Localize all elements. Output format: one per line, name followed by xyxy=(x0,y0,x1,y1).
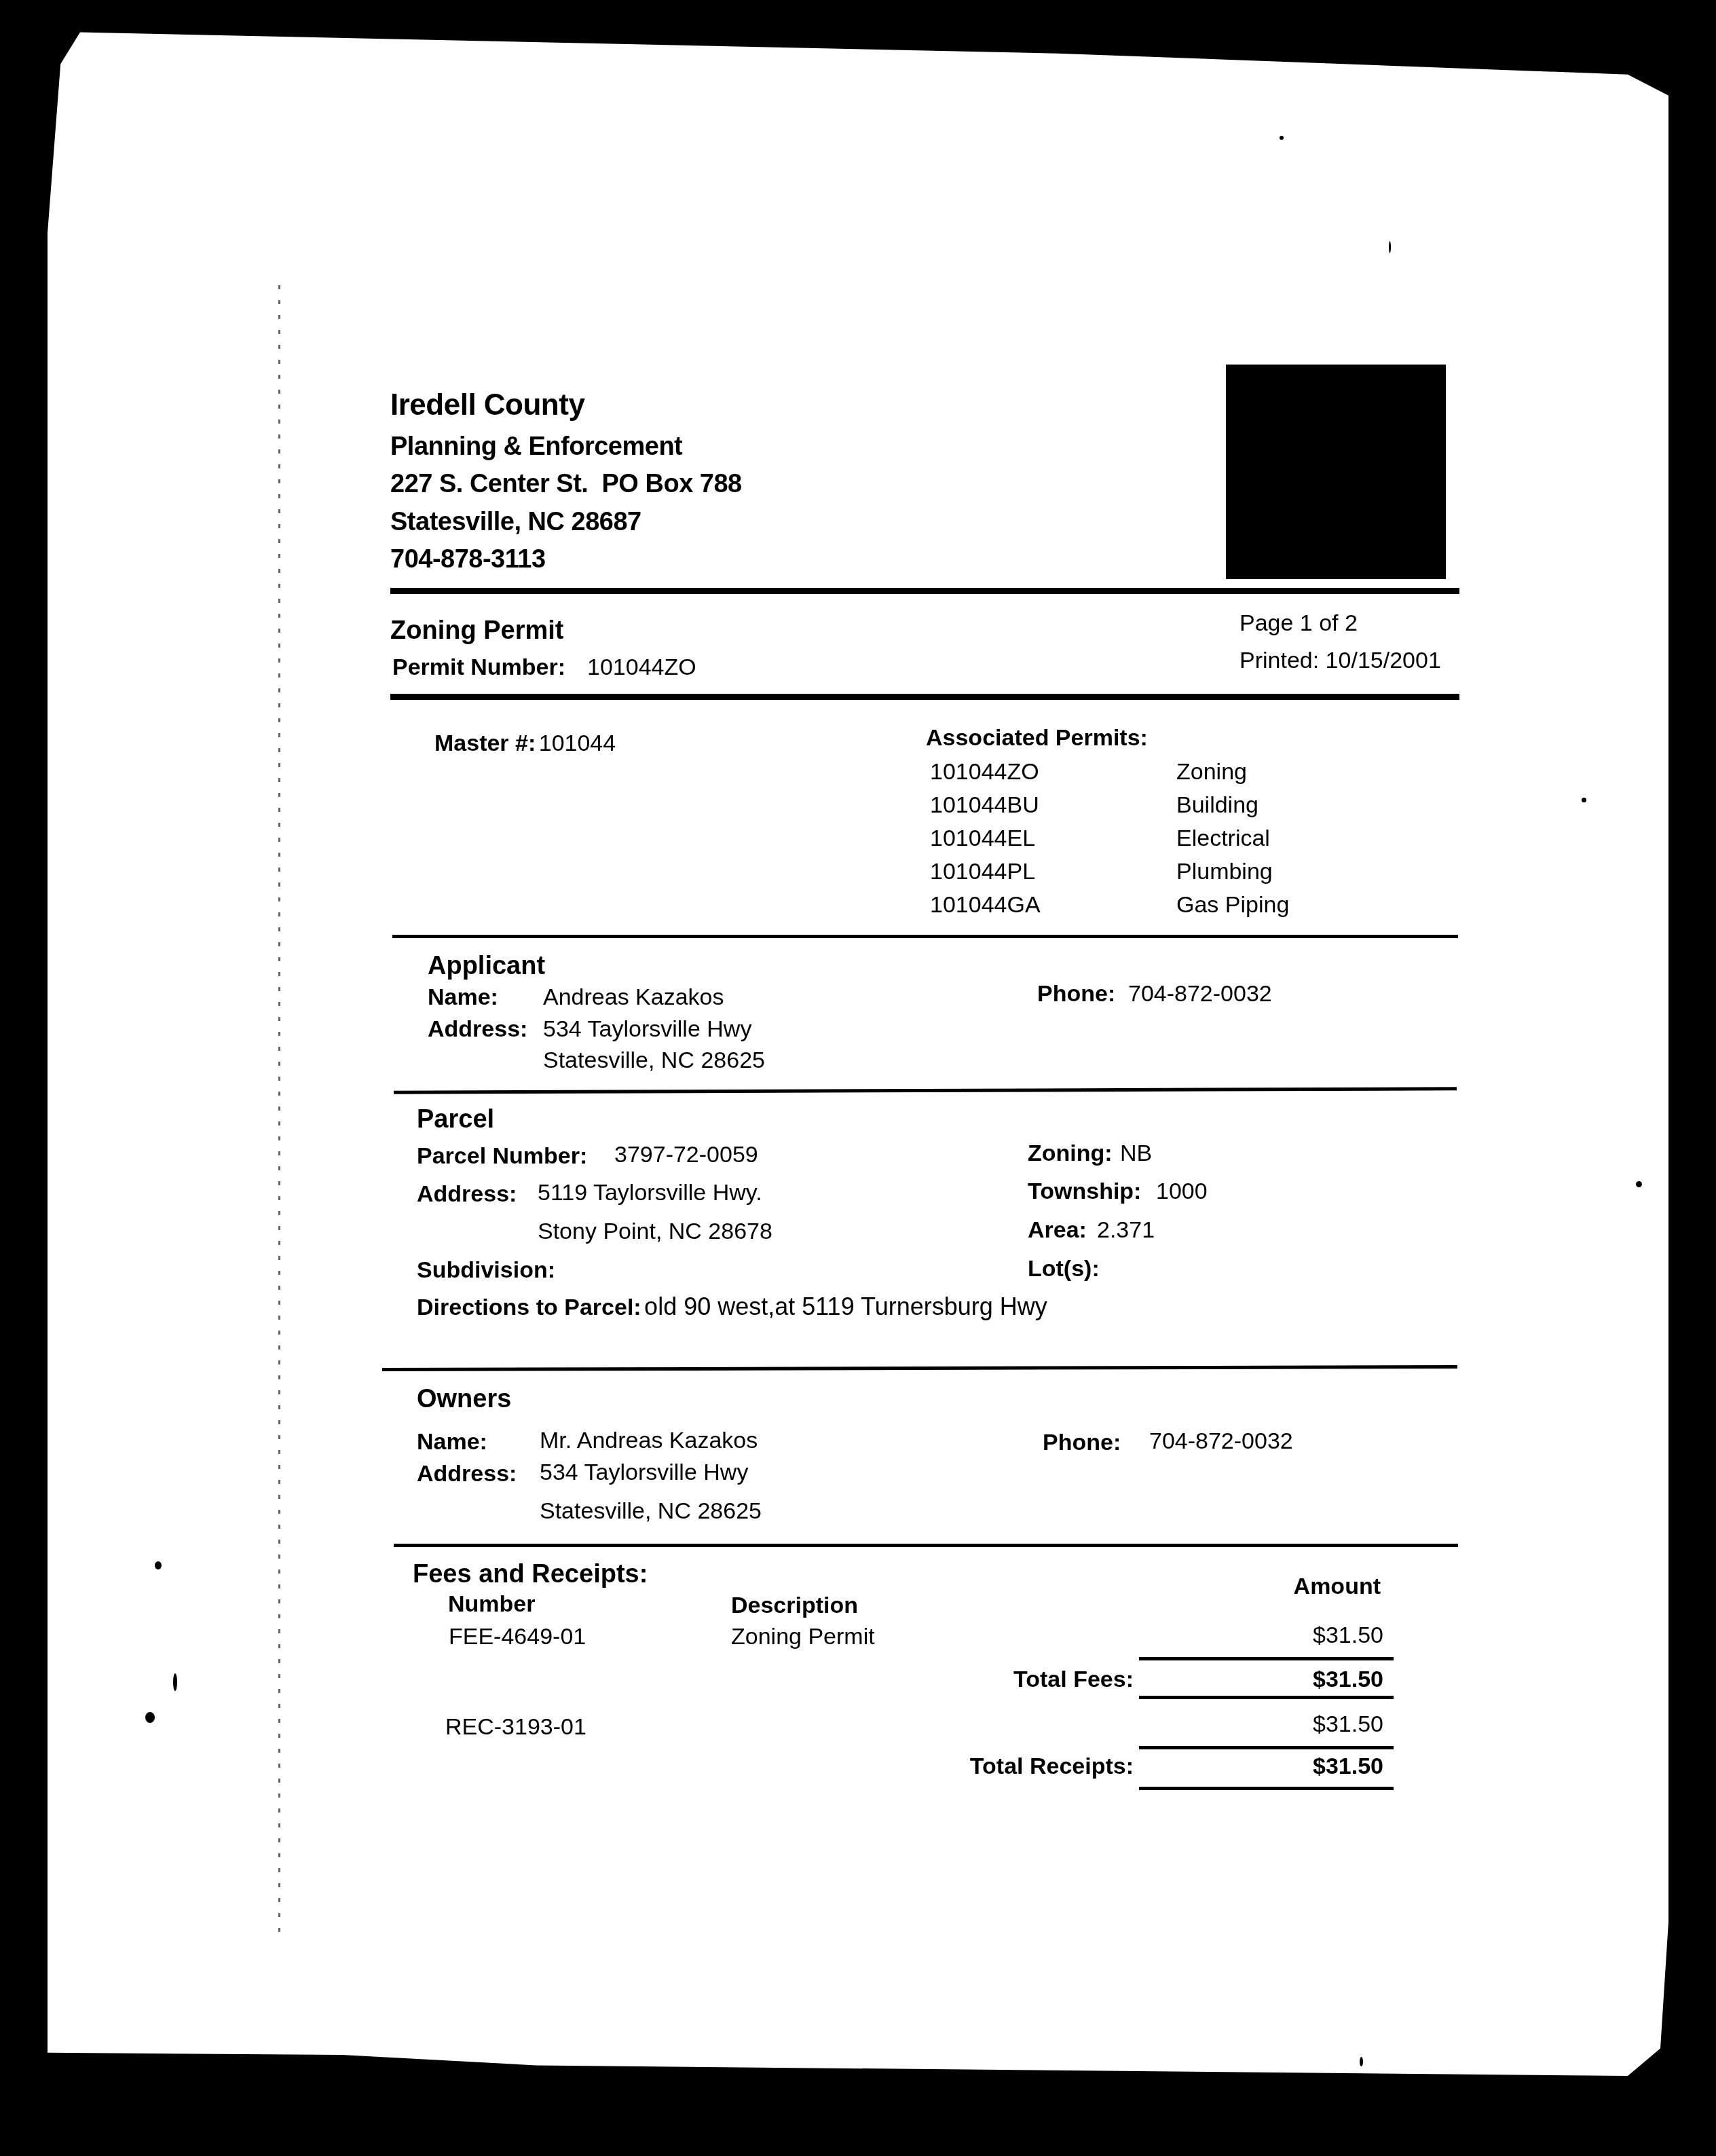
applicant-name-label: Name: xyxy=(428,984,498,1011)
scan-speck xyxy=(1360,2057,1363,2066)
owner-address-label: Address: xyxy=(417,1461,517,1487)
permit-divider xyxy=(390,694,1459,700)
owner-name-label: Name: xyxy=(417,1429,487,1455)
redacted-logo xyxy=(1226,365,1446,579)
parcel-address-line1: 5119 Taylorsville Hwy. xyxy=(538,1180,762,1206)
total-fees-label: Total Fees: xyxy=(937,1667,1134,1693)
lots-label: Lot(s): xyxy=(1028,1256,1100,1282)
associated-permit-type: Zoning xyxy=(1176,759,1247,785)
zoning-value: NB xyxy=(1120,1140,1152,1167)
applicant-phone: 704-872-0032 xyxy=(1128,981,1272,1007)
applicant-address-line1: 534 Taylorsville Hwy xyxy=(543,1016,751,1043)
org-name: Iredell County xyxy=(390,388,584,422)
total-fees-value: $31.50 xyxy=(1222,1667,1383,1693)
total-receipts-label: Total Receipts: xyxy=(882,1753,1134,1780)
associated-permit-number: 101044ZO xyxy=(930,759,1039,785)
master-value: 101044 xyxy=(539,730,616,756)
associated-permit-type: Plumbing xyxy=(1176,859,1273,885)
fees-col-amount: Amount xyxy=(1222,1574,1381,1600)
owner-name: Mr. Andreas Kazakos xyxy=(540,1428,758,1454)
receipt-amount: $31.50 xyxy=(1222,1711,1383,1738)
owners-divider xyxy=(394,1544,1458,1547)
associated-permit-number: 101044GA xyxy=(930,892,1041,918)
permit-title: Zoning Permit xyxy=(390,616,563,646)
total-receipts-rule xyxy=(1139,1787,1394,1790)
org-phone: 704-878-3113 xyxy=(390,545,546,574)
scan-speck xyxy=(173,1673,177,1691)
associated-divider xyxy=(392,935,1458,938)
header-divider xyxy=(390,588,1459,594)
scanned-page xyxy=(48,22,1677,2133)
scan-speck xyxy=(1280,136,1284,140)
scan-speck xyxy=(1636,1181,1642,1187)
associated-permit-number: 101044PL xyxy=(930,859,1035,885)
township-label: Township: xyxy=(1028,1178,1141,1205)
master-number: Master #: 101044 xyxy=(434,730,616,757)
applicant-name: Andreas Kazakos xyxy=(543,984,724,1011)
associated-permits-label: Associated Permits: xyxy=(926,725,1148,751)
parcel-address-label: Address: xyxy=(417,1181,517,1208)
owners-heading: Owners xyxy=(417,1385,511,1414)
receipt-number: REC-3193-01 xyxy=(445,1714,586,1741)
associated-permit-number: 101044BU xyxy=(930,792,1039,819)
org-department: Planning & Enforcement xyxy=(390,432,682,462)
parcel-address-line2: Stony Point, NC 28678 xyxy=(538,1219,772,1245)
associated-permit-type: Electrical xyxy=(1176,825,1270,852)
fee-number: FEE-4649-01 xyxy=(449,1624,586,1650)
receipt-amount-rule xyxy=(1139,1746,1394,1749)
org-address: 227 S. Center St. PO Box 788 xyxy=(390,470,742,499)
directions-value: old 90 west,at 5119 Turnersburg Hwy xyxy=(644,1293,1047,1320)
scan-speck xyxy=(1582,798,1586,802)
owner-phone: 704-872-0032 xyxy=(1149,1428,1293,1455)
permit-number: 101044ZO xyxy=(587,654,696,681)
scan-speck xyxy=(145,1712,155,1723)
fee-amount: $31.50 xyxy=(1222,1622,1383,1649)
owner-address-line2: Statesville, NC 28625 xyxy=(540,1498,762,1525)
owner-phone-label: Phone: xyxy=(1043,1430,1121,1456)
directions-label: Directions to Parcel: xyxy=(417,1295,641,1320)
permit-number-label: Permit Number: xyxy=(392,654,565,681)
scan-speck xyxy=(155,1561,162,1569)
fees-heading: Fees and Receipts: xyxy=(413,1560,648,1589)
associated-permit-number: 101044EL xyxy=(930,825,1035,852)
owner-address-line1: 534 Taylorsville Hwy xyxy=(540,1460,748,1486)
area-label: Area: xyxy=(1028,1217,1087,1244)
parcel-number: 3797-72-0059 xyxy=(614,1142,758,1168)
associated-permit-type: Building xyxy=(1176,792,1258,819)
fees-col-number: Number xyxy=(448,1591,535,1618)
applicant-address-label: Address: xyxy=(428,1016,527,1043)
township-value: 1000 xyxy=(1156,1178,1208,1205)
area-value: 2.371 xyxy=(1097,1217,1155,1244)
fees-col-description: Description xyxy=(731,1593,858,1619)
total-receipts-value: $31.50 xyxy=(1222,1753,1383,1780)
subdivision-label: Subdivision: xyxy=(417,1257,555,1284)
org-city-state-zip: Statesville, NC 28687 xyxy=(390,508,641,537)
applicant-address-line2: Statesville, NC 28625 xyxy=(543,1047,765,1074)
directions-to-parcel: Directions to Parcel: old 90 west,at 511… xyxy=(417,1293,1047,1321)
page-info: Page 1 of 2 xyxy=(1239,610,1358,637)
printed-date: Printed: 10/15/2001 xyxy=(1239,648,1441,674)
zoning-label: Zoning: xyxy=(1028,1140,1113,1167)
applicant-heading: Applicant xyxy=(428,952,545,981)
associated-permit-type: Gas Piping xyxy=(1176,892,1289,918)
applicant-phone-label: Phone: xyxy=(1037,981,1115,1007)
parcel-heading: Parcel xyxy=(417,1105,494,1134)
scan-speck xyxy=(1389,241,1391,253)
fee-amount-rule xyxy=(1139,1657,1394,1660)
parcel-number-label: Parcel Number: xyxy=(417,1143,587,1170)
total-fees-rule xyxy=(1139,1696,1394,1699)
master-label: Master #: xyxy=(434,730,536,756)
fee-description: Zoning Permit xyxy=(731,1624,875,1650)
scan-margin-artifact xyxy=(278,285,280,1935)
